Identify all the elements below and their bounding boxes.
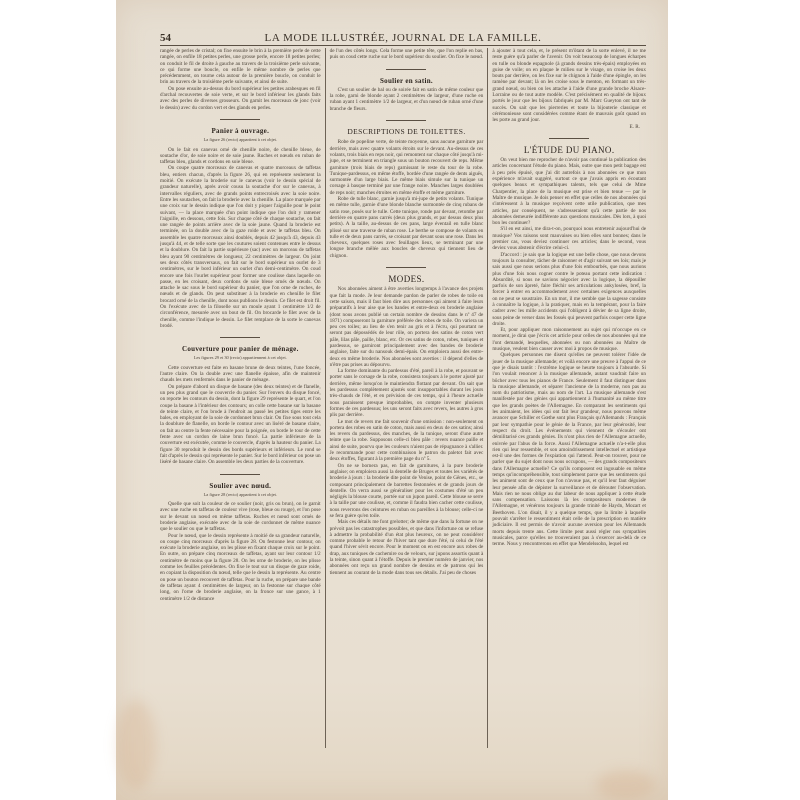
paragraph: S'il en est ainsi, me dira-t-on, pourquo… — [492, 226, 646, 251]
paragraph: Nos abonnées aiment à être averties long… — [330, 286, 484, 368]
paragraph: Quelle que soit la couleur de ce soulier… — [160, 501, 321, 532]
paragraph: Robe de tulle blanc, garnie jusqu'à mi-j… — [330, 196, 484, 259]
section-title-modes: MODES. — [330, 276, 484, 282]
figure-caption: La figure 28 (recto) appartient à cet ob… — [160, 492, 321, 498]
paragraph: On prépare d'abord un disque de basane (… — [160, 384, 321, 466]
page-header: 54 LA MODE ILLUSTRÉE, JOURNAL DE LA FAMI… — [160, 30, 646, 44]
section-separator — [386, 120, 426, 121]
header-rule — [160, 45, 646, 46]
section-title-soulier-noeud: Soulier avec nœud. — [160, 483, 321, 489]
column-left: rangée de perles de cristal; on fixe ens… — [160, 48, 325, 748]
section-title-piano: L'ÉTUDE DU PIANO. — [492, 147, 646, 153]
paragraph: D'accord : je sais que la logique est un… — [492, 252, 646, 328]
paragraph: à ajouter à tout cela, et, le présent m'… — [492, 48, 646, 124]
paragraph: La forme dominante du pardessus d'été, p… — [330, 368, 484, 418]
section-title-couverture: Couverture pour panier de ménage. — [160, 346, 321, 352]
paragraph: On pose ensuite au-dessus du bord supéri… — [160, 86, 321, 111]
figure-caption: La figure 26 (recto) appartient à cet ob… — [160, 137, 321, 143]
paragraph: On le fait en canevas orné de chenille n… — [160, 147, 321, 166]
paper-stain — [116, 700, 156, 790]
paragraph: C'est un soulier de bal ou de soirée fai… — [330, 87, 484, 112]
author-signature: E. R. — [492, 124, 646, 130]
section-title-panier: Panier à ouvrage. — [160, 128, 321, 134]
section-separator — [220, 119, 260, 120]
paragraph: Quelques personnes me disent qu'elles ne… — [492, 352, 646, 547]
section-title-descriptions: DESCRIPTIONS DE TOILETTES. — [330, 129, 484, 135]
section-separator — [386, 267, 426, 268]
section-separator — [386, 69, 426, 70]
text-columns: rangée de perles de cristal; on fixe ens… — [160, 48, 646, 748]
paragraph: On coupe quatre morceaux de canevas et q… — [160, 165, 321, 329]
paragraph: Robe de popeline verte, de teinte moyenn… — [330, 139, 484, 196]
section-title-soulier-satin: Soulier en satin. — [330, 78, 484, 84]
page-number: 54 — [160, 32, 190, 44]
figure-caption: Les figures 29 et 30 (recto) appartienne… — [160, 355, 321, 361]
paragraph: On veut bien me reprocher de n'avoir pas… — [492, 157, 646, 226]
paper-stain — [596, 770, 656, 800]
paragraph: On ne se bornera pas, en fait de garnitu… — [330, 463, 484, 520]
paragraph: Pour le nœud, que le dessin représente à… — [160, 533, 321, 602]
running-title: LA MODE ILLUSTRÉE, JOURNAL DE LA FAMILLE… — [190, 32, 646, 44]
paragraph: rangée de perles de cristal; on fixe ens… — [160, 48, 321, 86]
section-separator — [549, 138, 589, 139]
paragraph: Le mot de revers me fait souvenir d'une … — [330, 419, 484, 463]
paragraph: Cette couverture est faite en basane bru… — [160, 365, 321, 384]
section-separator — [220, 474, 260, 475]
paragraph: Mais ces détails me font grelotter; de m… — [330, 519, 484, 576]
column-right: à ajouter à tout cela, et, le présent m'… — [487, 48, 646, 748]
paragraph: de l'un des côtés longs. Cela forme une … — [330, 48, 484, 61]
column-middle: de l'un des côtés longs. Cela forme une … — [325, 48, 488, 748]
paragraph: Et, pour appliquer mon raisonnement au s… — [492, 327, 646, 352]
section-separator — [220, 337, 260, 338]
